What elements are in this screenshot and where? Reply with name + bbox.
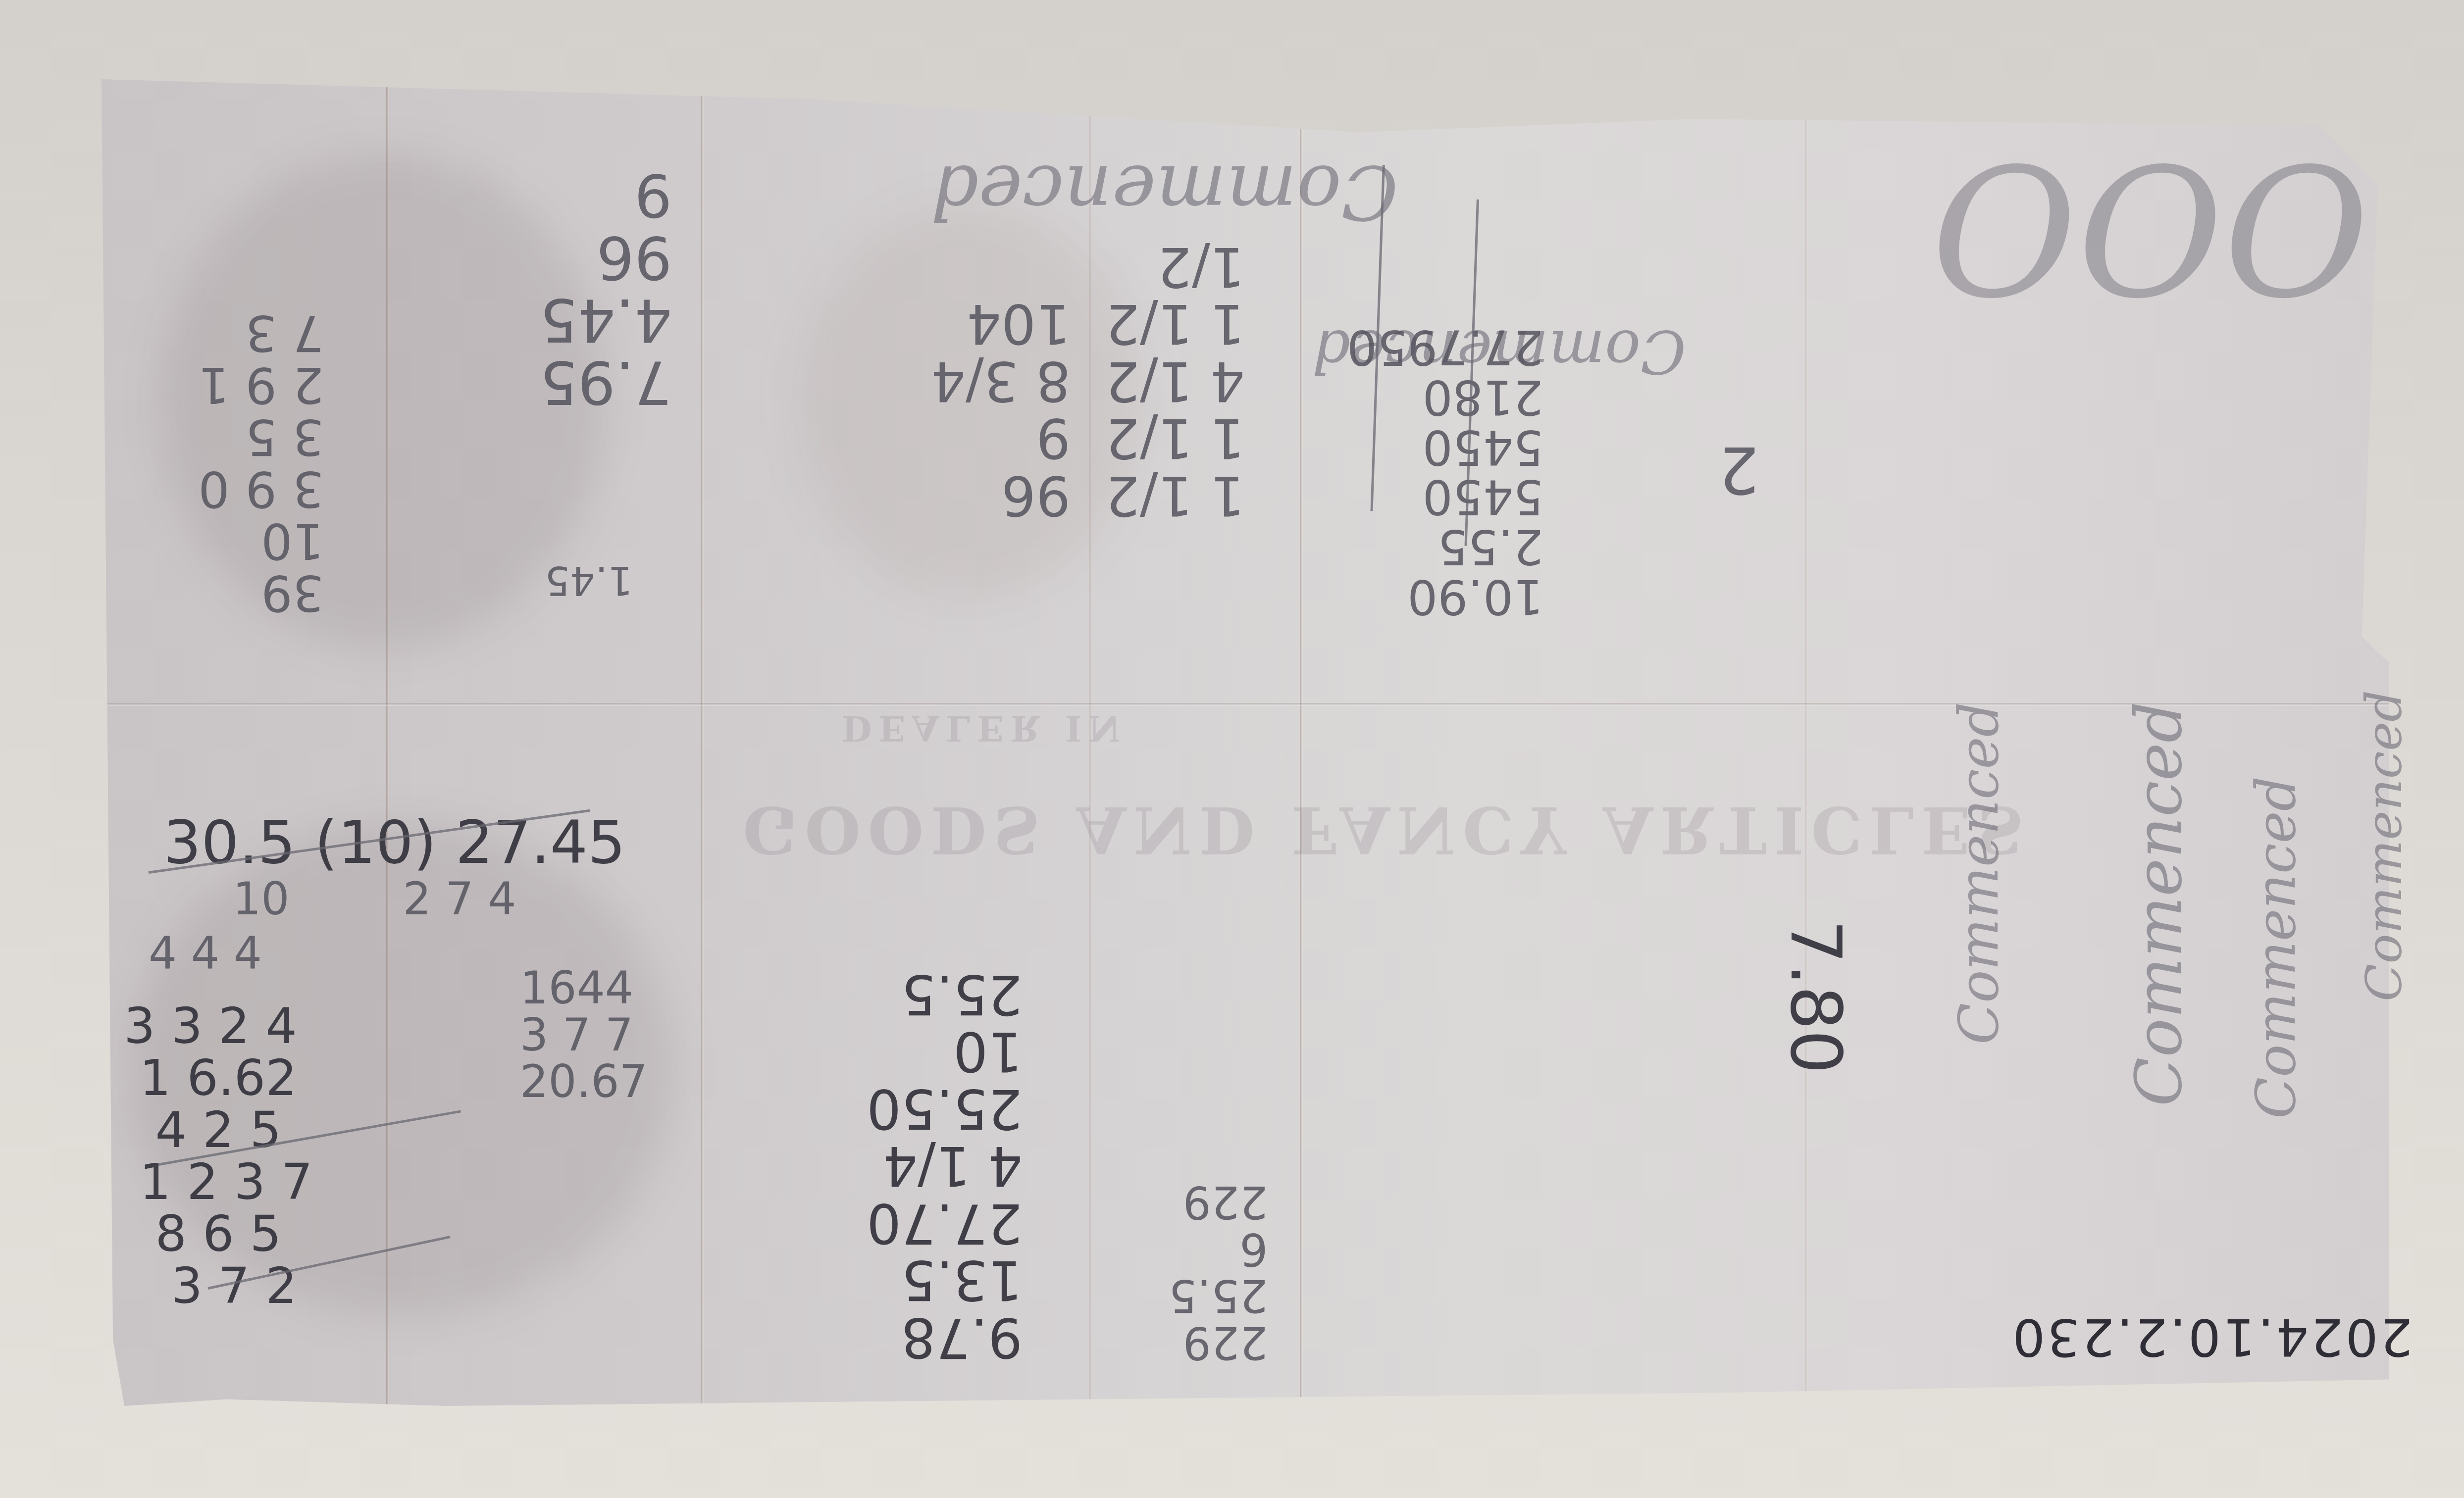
fold-line-vertical (701, 79, 704, 1406)
calc-upper-left: 39 10 3 9 0 3 5 2 9 1 7 3 (198, 307, 324, 619)
printed-bleedthrough-line2: DEALER IN (842, 708, 1127, 749)
right-single-number: 2 (1718, 436, 1759, 503)
penmanship-line: Commenced (2244, 776, 2308, 1119)
right-total: 7.80 (1779, 920, 1851, 1074)
calc-center-lower-right: 229 25.5 6 229 (1169, 1178, 1268, 1365)
calc-division-sub: 10 2 7 4 (233, 876, 516, 923)
penmanship-line: Commenced (2121, 701, 2196, 1106)
calc-upper-left-mark: 1.45 (545, 559, 633, 601)
penmanship-line: Commenced (1947, 702, 2010, 1045)
printed-bleedthrough-line1: GOODS AND FANCY ARTICLES (743, 792, 2031, 868)
calc-lower-left-side: 1644 3 7 7 20.67 (520, 965, 648, 1106)
calc-division: 30.5 (10) 27.45 (163, 812, 625, 874)
calc-lower-left-stack: 3 3 2 4 1 6.62 4 2 5 1 2 3 7 8 6 5 3 7 2 (124, 1000, 313, 1312)
accession-number: 2024.10.2.230 (2010, 1307, 2413, 1367)
fold-line-vertical (1805, 79, 1808, 1406)
fold-line-horizontal (102, 703, 2389, 706)
penmanship-line: Commenced (2355, 690, 2413, 1001)
calc-center-upper: 1 1/2 96 1 1/2 9 4 1/2 8 3/4 1 1/2 104 1… (931, 238, 1245, 524)
penmanship-line: Commenced (931, 149, 1398, 235)
fold-line-vertical (1300, 79, 1303, 1406)
calc-upper-left-b: 7.95 4.45 96 9 (540, 163, 672, 413)
calc-division-sub2: 4 4 4 (149, 931, 262, 978)
calc-center-lower: 9.78 13.5 27.70 4 1/4 25.50 10 25.5 (867, 965, 1023, 1366)
penmanship-flourish: OOO (1931, 124, 2369, 331)
